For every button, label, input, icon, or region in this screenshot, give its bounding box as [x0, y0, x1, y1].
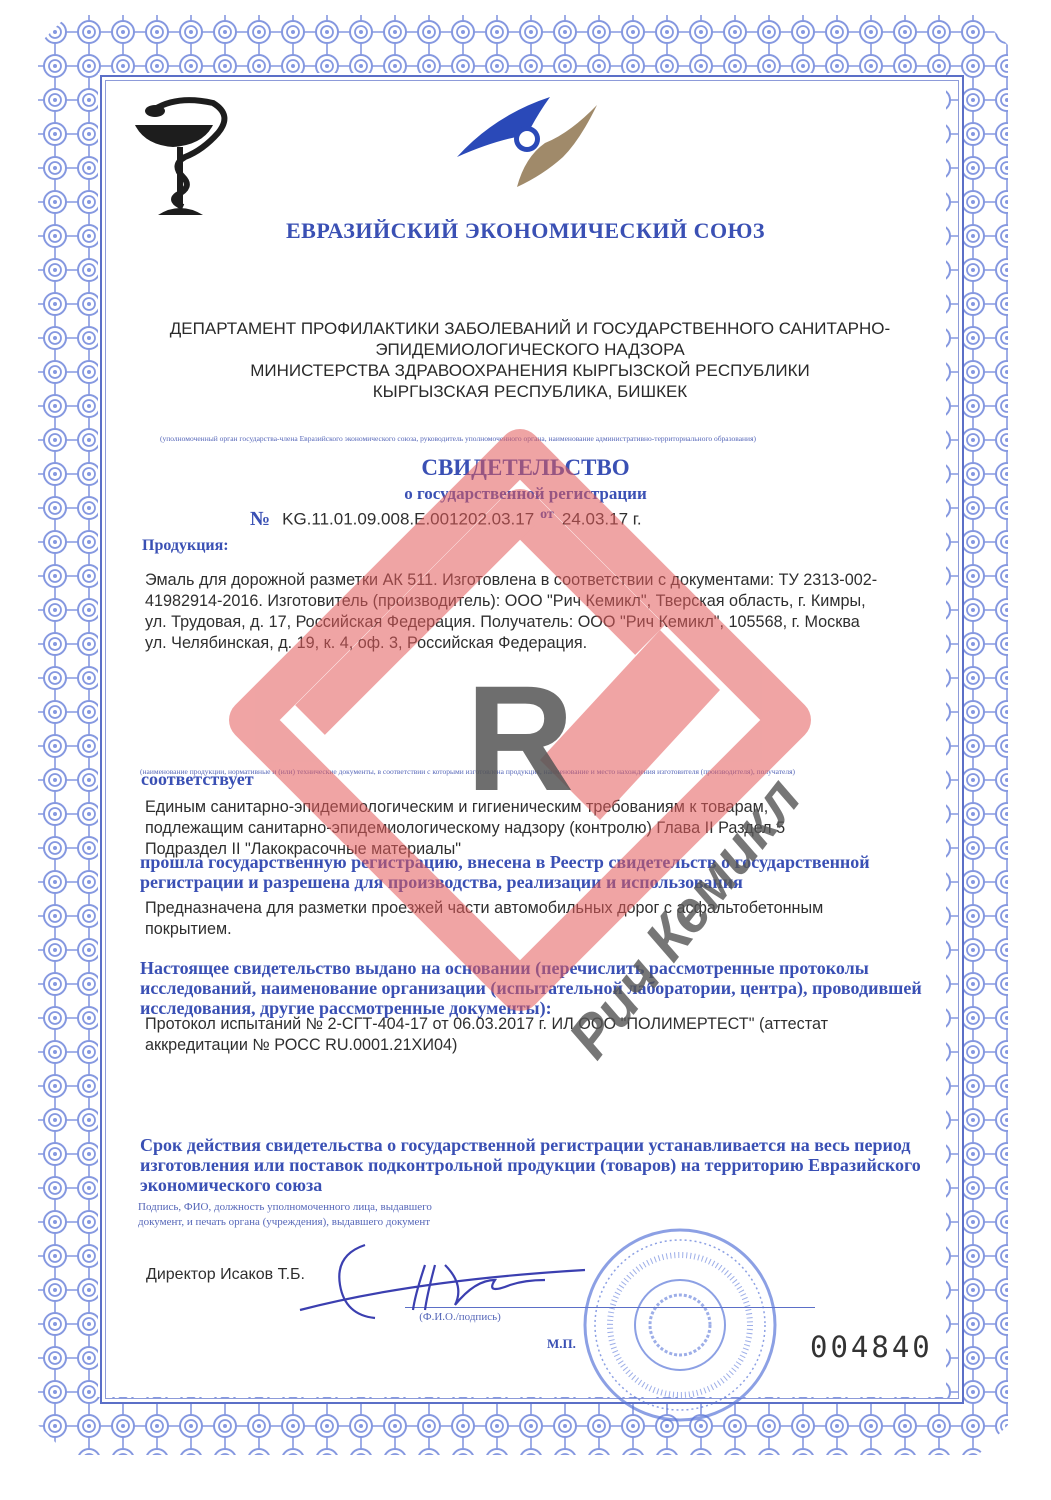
signature-caption: Подпись, ФИО, должность уполномоченного … [138, 1200, 458, 1230]
purpose-text: Предназначена для разметки проезжей част… [145, 898, 885, 940]
basis-text: Протокол испытаний № 2-СГТ-404-17 от 06.… [145, 1014, 915, 1056]
department-line: ЭПИДЕМИОЛОГИЧЕСКОГО НАДЗОРА [100, 339, 960, 360]
basis-label: Настоящее свидетельство выдано на основа… [140, 958, 930, 1018]
certificate-number: KG.11.01.09.008.E.001202.03.17 [282, 510, 534, 529]
date-label: от [540, 507, 554, 522]
director-name: Директор Исаков Т.Б. [146, 1266, 305, 1284]
bowl-of-hygieia-icon [133, 95, 238, 220]
product-label: Продукция: [142, 537, 229, 555]
seal-label: М.П. [547, 1336, 576, 1352]
registered-text: прошла государственную регистрацию, внес… [140, 852, 950, 892]
complies-label: соответствует [141, 769, 254, 790]
serial-number: 004840 [810, 1330, 933, 1364]
product-text: Эмаль для дорожной разметки АК 511. Изго… [145, 570, 885, 654]
complies-text: Единым санитарно-эпидемиологическим и ги… [145, 797, 845, 860]
department-line: КЫРГЫЗСКАЯ РЕСПУБЛИКА, БИШКЕК [100, 381, 960, 402]
validity-text: Срок действия свидетельства о государств… [140, 1135, 950, 1195]
union-title: ЕВРАЗИЙСКИЙ ЭКОНОМИЧЕСКИЙ СОЮЗ [0, 218, 1051, 244]
number-label: № [250, 508, 270, 530]
department-header: ДЕПАРТАМЕНТ ПРОФИЛАКТИКИ ЗАБОЛЕВАНИЙ И Г… [100, 318, 960, 402]
official-seal-icon [580, 1225, 780, 1425]
signature-icon [295, 1240, 595, 1325]
eaeu-logo-icon [455, 95, 600, 190]
certificate-title: СВИДЕТЕЛЬСТВО [0, 455, 1051, 481]
authority-caption: (уполномоченный орган государства-члена … [160, 434, 756, 443]
department-line: ДЕПАРТАМЕНТ ПРОФИЛАКТИКИ ЗАБОЛЕВАНИЙ И Г… [100, 318, 960, 339]
certificate-number-row: №KG.11.01.09.008.E.001202.03.17от24.03.1… [250, 507, 642, 531]
department-line: МИНИСТЕРСТВА ЗДРАВООХРАНЕНИЯ КЫРГЫЗСКОЙ … [100, 360, 960, 381]
certificate-subtitle: о государственной регистрации [0, 484, 1051, 504]
certificate-date: 24.03.17 г. [562, 510, 642, 529]
